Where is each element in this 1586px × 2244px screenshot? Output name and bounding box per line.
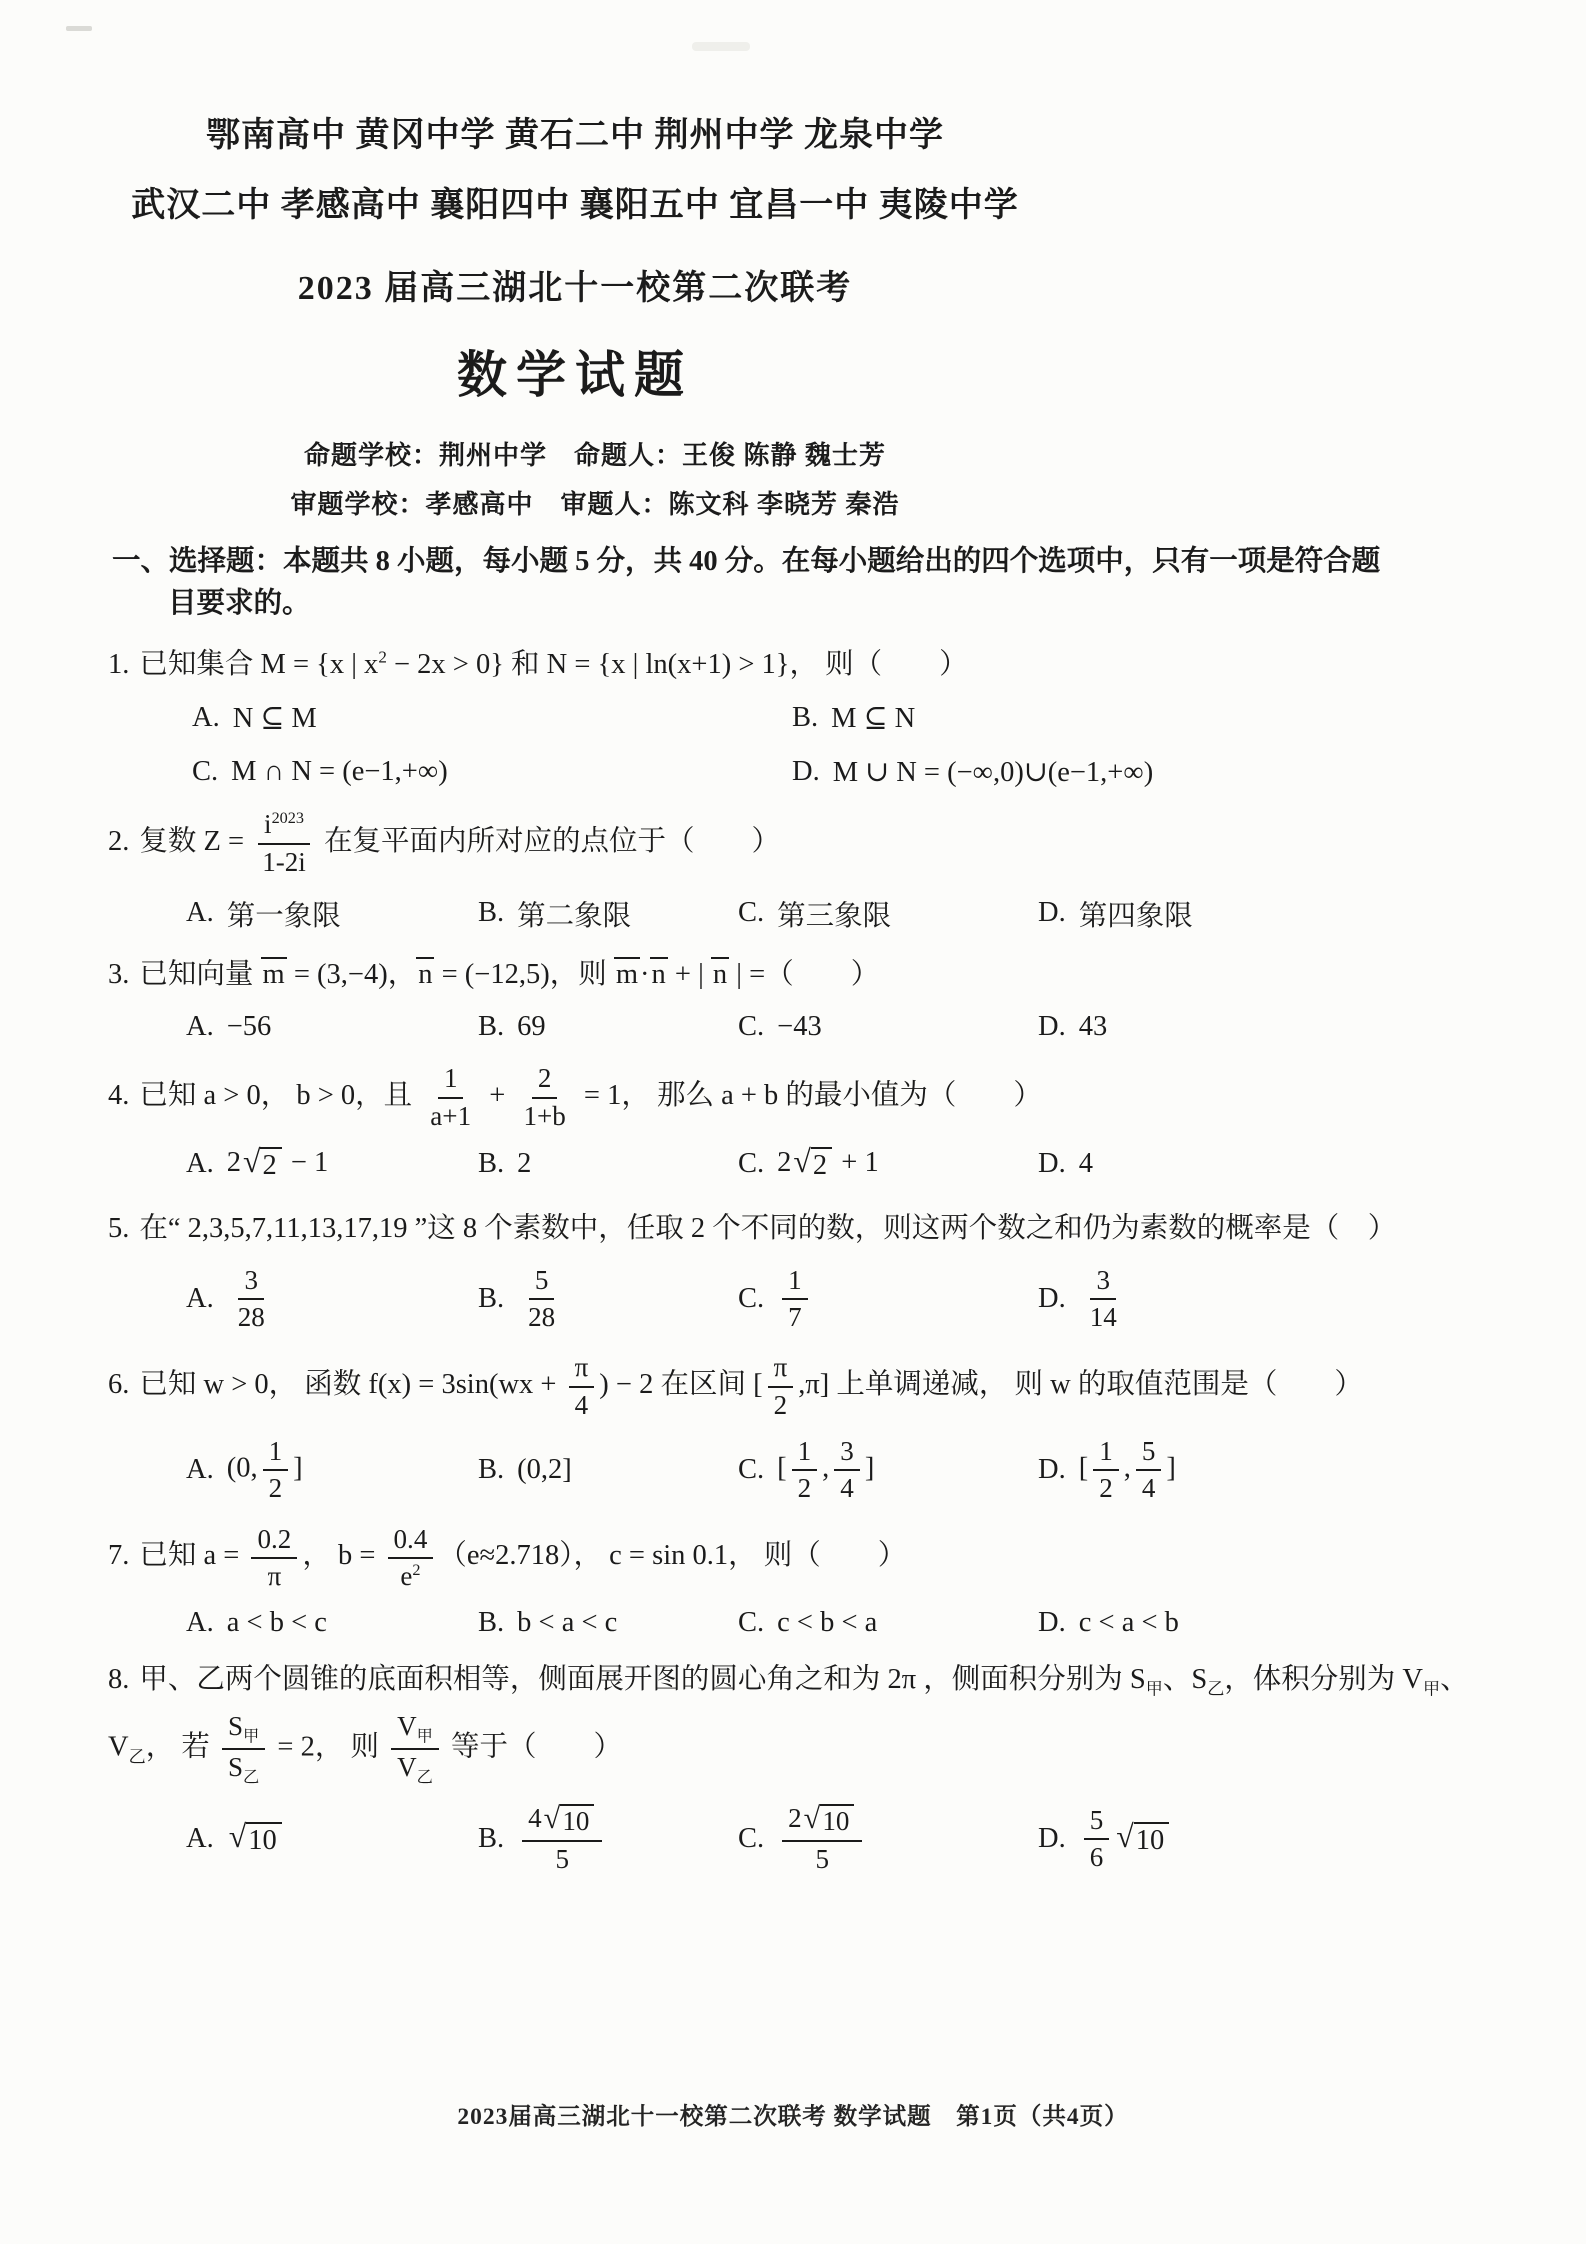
option-text: M ⊆ N <box>831 701 915 735</box>
question-1-options: A.N ⊆ M B.M ⊆ N C.M ∩ N = (e−1,+∞) D.M ∪… <box>0 701 1586 789</box>
option-label: A. <box>186 1283 214 1315</box>
option-label: C. <box>192 756 218 788</box>
school-header-line-1: 鄂南高中 黄冈中学 黄石二中 荆州中学 龙泉中学 <box>0 116 1150 157</box>
question-2-stem: 2.复数 Z = i20231-2i 在复平面内所对应的点位于（ ） <box>0 809 1586 877</box>
option-text: 69 <box>517 1011 546 1043</box>
option-a: A.N ⊆ M <box>192 701 792 735</box>
section-instructions-line-2: 目要求的。 <box>0 583 1586 624</box>
option-b: B.第二象限 <box>478 893 738 934</box>
option-label: A. <box>186 1148 214 1180</box>
option-label: C. <box>738 1823 764 1855</box>
option-text: [12,34] <box>777 1436 874 1504</box>
question-8-stem: 8.甲、乙两个圆锥的底面积相等，侧面展开图的圆心角之和为 2π ，侧面积分别为 … <box>0 1659 1586 1702</box>
option-a: A.a < b < c <box>186 1607 478 1639</box>
question-1-stem: 1.已知集合 M = {x | x2 − 2x > 0} 和 N = {x | … <box>0 644 1586 685</box>
option-text: 43 <box>1079 1011 1108 1043</box>
page-title: 数学试题 <box>0 335 1150 407</box>
question-7: 7.已知 a = 0.2π， b = 0.4e2（e≈2.718）， c = s… <box>0 1524 1586 1640</box>
question-6: 6.已知 w > 0， 函数 f(x) = 3sin(wx + π4) − 2 … <box>0 1352 1586 1503</box>
question-number: 7. <box>108 1540 129 1571</box>
option-text: 314 <box>1079 1265 1128 1333</box>
option-c: C.[12,34] <box>738 1436 1038 1504</box>
option-label: A. <box>186 1454 214 1486</box>
option-text: −56 <box>227 1011 272 1043</box>
option-a: A.第一象限 <box>186 893 478 934</box>
option-d: D.4 <box>1038 1148 1586 1180</box>
question-5: 5.在“ 2,3,5,7,11,13,17,19 ”这 8 个素数中，任取 2 … <box>0 1208 1586 1333</box>
question-number: 2. <box>108 826 129 857</box>
option-label: D. <box>792 756 820 788</box>
question-7-options: A.a < b < c B.b < a < c C.c < b < a D.c … <box>0 1607 1586 1639</box>
option-text: a < b < c <box>227 1607 327 1639</box>
option-label: C. <box>738 1011 764 1043</box>
option-label: D. <box>1038 1011 1066 1043</box>
exam-paper-page: 鄂南高中 黄冈中学 黄石二中 荆州中学 龙泉中学 武汉二中 孝感高中 襄阳四中 … <box>0 0 1586 2244</box>
question-number: 6. <box>108 1369 129 1400</box>
reviewer-line: 审题学校：孝感高中 审题人：陈文科 李晓芳 秦浩 <box>0 484 1190 521</box>
question-6-stem: 6.已知 w > 0， 函数 f(x) = 3sin(wx + π4) − 2 … <box>0 1352 1586 1420</box>
option-d: D.M ∪ N = (−∞,0)∪(e−1,+∞) <box>792 755 1586 789</box>
option-text: 4√105 <box>517 1803 607 1874</box>
question-3-options: A.−56 B.69 C.−43 D.43 <box>0 1011 1586 1043</box>
option-d: D.[12,54] <box>1038 1436 1586 1504</box>
option-d: D.314 <box>1038 1265 1586 1333</box>
option-text: 2√2 + 1 <box>777 1147 879 1182</box>
option-b: B.528 <box>478 1265 738 1333</box>
option-text: 56√10 <box>1079 1805 1172 1873</box>
option-c: C.17 <box>738 1265 1038 1333</box>
question-stem-text: 复数 Z = i20231-2i 在复平面内所对应的点位于（ ） <box>139 826 780 857</box>
option-label: C. <box>738 1283 764 1315</box>
option-c: C.−43 <box>738 1011 1038 1043</box>
option-text: 第三象限 <box>777 893 891 934</box>
option-d: D.56√10 <box>1038 1805 1586 1873</box>
option-a: A.328 <box>186 1265 478 1333</box>
option-label: B. <box>478 1454 504 1486</box>
option-c: C.2√105 <box>738 1803 1038 1874</box>
question-3-stem: 3.已知向量 m = (3,−4)，n = (−12,5)，则 m·n + | … <box>0 954 1586 995</box>
option-text: 第一象限 <box>227 893 341 934</box>
option-label: A. <box>186 1823 214 1855</box>
option-b: B.4√105 <box>478 1803 738 1874</box>
option-c: C.2√2 + 1 <box>738 1147 1038 1182</box>
option-label: D. <box>1038 1454 1066 1486</box>
option-text: 2√105 <box>777 1803 867 1874</box>
option-b: B.69 <box>478 1011 738 1043</box>
option-label: A. <box>186 1607 214 1639</box>
option-text: c < b < a <box>777 1607 877 1639</box>
question-2: 2.复数 Z = i20231-2i 在复平面内所对应的点位于（ ） A.第一象… <box>0 809 1586 934</box>
option-text: c < a < b <box>1079 1607 1179 1639</box>
question-6-options: A.(0,12] B.(0,2] C.[12,34] D.[12,54] <box>0 1436 1586 1504</box>
page-footer: 2023届高三湖北十一校第二次联考 数学试题 第1页（共4页） <box>0 2097 1586 2131</box>
question-2-options: A.第一象限 B.第二象限 C.第三象限 D.第四象限 <box>0 893 1586 934</box>
option-label: B. <box>478 1011 504 1043</box>
exam-name-line: 2023 届高三湖北十一校第二次联考 <box>0 269 1150 310</box>
option-d: D.第四象限 <box>1038 893 1586 934</box>
option-label: C. <box>738 1607 764 1639</box>
scan-artifact <box>66 26 92 31</box>
option-label: B. <box>478 897 504 929</box>
option-text: 328 <box>227 1265 276 1333</box>
option-label: B. <box>478 1823 504 1855</box>
proposer-line: 命题学校：荆州中学 命题人：王俊 陈静 魏士芳 <box>0 435 1190 472</box>
option-label: D. <box>1038 1283 1066 1315</box>
option-text: 4 <box>1079 1148 1093 1180</box>
question-4-options: A.2√2 − 1 B.2 C.2√2 + 1 D.4 <box>0 1147 1586 1182</box>
scan-artifact <box>692 42 750 51</box>
option-c: C.第三象限 <box>738 893 1038 934</box>
option-text: M ∩ N = (e−1,+∞) <box>231 756 448 788</box>
question-stem-text: 已知 w > 0， 函数 f(x) = 3sin(wx + π4) − 2 在区… <box>139 1369 1362 1400</box>
option-text: −43 <box>777 1011 822 1043</box>
option-b: B.2 <box>478 1148 738 1180</box>
question-number: 8. <box>108 1664 129 1695</box>
school-header-line-2: 武汉二中 孝感高中 襄阳四中 襄阳五中 宜昌一中 夷陵中学 <box>0 186 1150 227</box>
option-text: 第二象限 <box>517 893 631 934</box>
option-text: 2 <box>517 1148 531 1180</box>
option-label: D. <box>1038 897 1066 929</box>
question-4: 4.已知 a > 0， b > 0，且 1a+1 + 21+b = 1， 那么 … <box>0 1063 1586 1181</box>
option-a: A.(0,12] <box>186 1436 478 1504</box>
question-stem-text: 已知 a > 0， b > 0，且 1a+1 + 21+b = 1， 那么 a … <box>139 1080 1042 1111</box>
question-7-stem: 7.已知 a = 0.2π， b = 0.4e2（e≈2.718）， c = s… <box>0 1524 1586 1592</box>
option-label: B. <box>478 1607 504 1639</box>
option-d: D.c < a < b <box>1038 1607 1586 1639</box>
option-label: C. <box>738 1454 764 1486</box>
option-text: M ∪ N = (−∞,0)∪(e−1,+∞) <box>833 755 1153 789</box>
question-number: 1. <box>108 649 129 680</box>
option-label: D. <box>1038 1823 1066 1855</box>
question-stem-text: 甲、乙两个圆锥的底面积相等，侧面展开图的圆心角之和为 2π ，侧面积分别为 S甲… <box>139 1664 1468 1695</box>
option-text: N ⊆ M <box>233 701 317 735</box>
option-a: A.−56 <box>186 1011 478 1043</box>
question-stem-text: 已知集合 M = {x | x2 − 2x > 0} 和 N = {x | ln… <box>139 649 967 680</box>
option-text: (0,12] <box>227 1436 303 1504</box>
question-8: 8.甲、乙两个圆锥的底面积相等，侧面展开图的圆心角之和为 2π ，侧面积分别为 … <box>0 1659 1586 1874</box>
question-stem-text: 已知向量 m = (3,−4)，n = (−12,5)，则 m·n + | n … <box>139 959 879 990</box>
option-text: (0,2] <box>517 1454 572 1486</box>
question-stem-text: 在“ 2,3,5,7,11,13,17,19 ”这 8 个素数中，任取 2 个不… <box>139 1213 1396 1244</box>
option-label: B. <box>792 702 818 734</box>
question-5-stem: 5.在“ 2,3,5,7,11,13,17,19 ”这 8 个素数中，任取 2 … <box>0 1208 1586 1249</box>
option-text: √10 <box>227 1821 284 1856</box>
question-5-options: A.328 B.528 C.17 D.314 <box>0 1265 1586 1333</box>
question-8-stem-line-2: V乙， 若 S甲S乙 = 2， 则 V甲V乙 等于（ ） <box>0 1711 1586 1787</box>
option-text: 2√2 − 1 <box>227 1147 329 1182</box>
option-text: b < a < c <box>517 1607 617 1639</box>
option-text: 528 <box>517 1265 566 1333</box>
option-b: B.(0,2] <box>478 1454 738 1486</box>
option-text: 17 <box>777 1265 813 1333</box>
option-a: A.√10 <box>186 1821 478 1856</box>
option-label: B. <box>478 1283 504 1315</box>
question-3: 3.已知向量 m = (3,−4)，n = (−12,5)，则 m·n + | … <box>0 954 1586 1043</box>
question-4-stem: 4.已知 a > 0， b > 0，且 1a+1 + 21+b = 1， 那么 … <box>0 1063 1586 1131</box>
question-number: 5. <box>108 1213 129 1244</box>
question-stem-text: 已知 a = 0.2π， b = 0.4e2（e≈2.718）， c = sin… <box>139 1540 906 1571</box>
option-label: D. <box>1038 1148 1066 1180</box>
question-number: 4. <box>108 1080 129 1111</box>
question-number: 3. <box>108 959 129 990</box>
section-instructions-line-1: 一、选择题：本题共 8 小题，每小题 5 分，共 40 分。在每小题给出的四个选… <box>0 541 1586 582</box>
option-label: B. <box>478 1148 504 1180</box>
option-a: A.2√2 − 1 <box>186 1147 478 1182</box>
option-c: C.c < b < a <box>738 1607 1038 1639</box>
option-b: B.b < a < c <box>478 1607 738 1639</box>
question-1: 1.已知集合 M = {x | x2 − 2x > 0} 和 N = {x | … <box>0 644 1586 789</box>
option-label: C. <box>738 897 764 929</box>
option-text: 第四象限 <box>1079 893 1193 934</box>
option-label: A. <box>186 897 214 929</box>
option-label: A. <box>192 702 220 734</box>
option-label: A. <box>186 1011 214 1043</box>
option-d: D.43 <box>1038 1011 1586 1043</box>
option-b: B.M ⊆ N <box>792 701 1586 735</box>
option-text: [12,54] <box>1079 1436 1176 1504</box>
option-c: C.M ∩ N = (e−1,+∞) <box>192 756 792 788</box>
question-8-options: A.√10 B.4√105 C.2√105 D.56√10 <box>0 1803 1586 1874</box>
option-label: C. <box>738 1148 764 1180</box>
option-label: D. <box>1038 1607 1066 1639</box>
